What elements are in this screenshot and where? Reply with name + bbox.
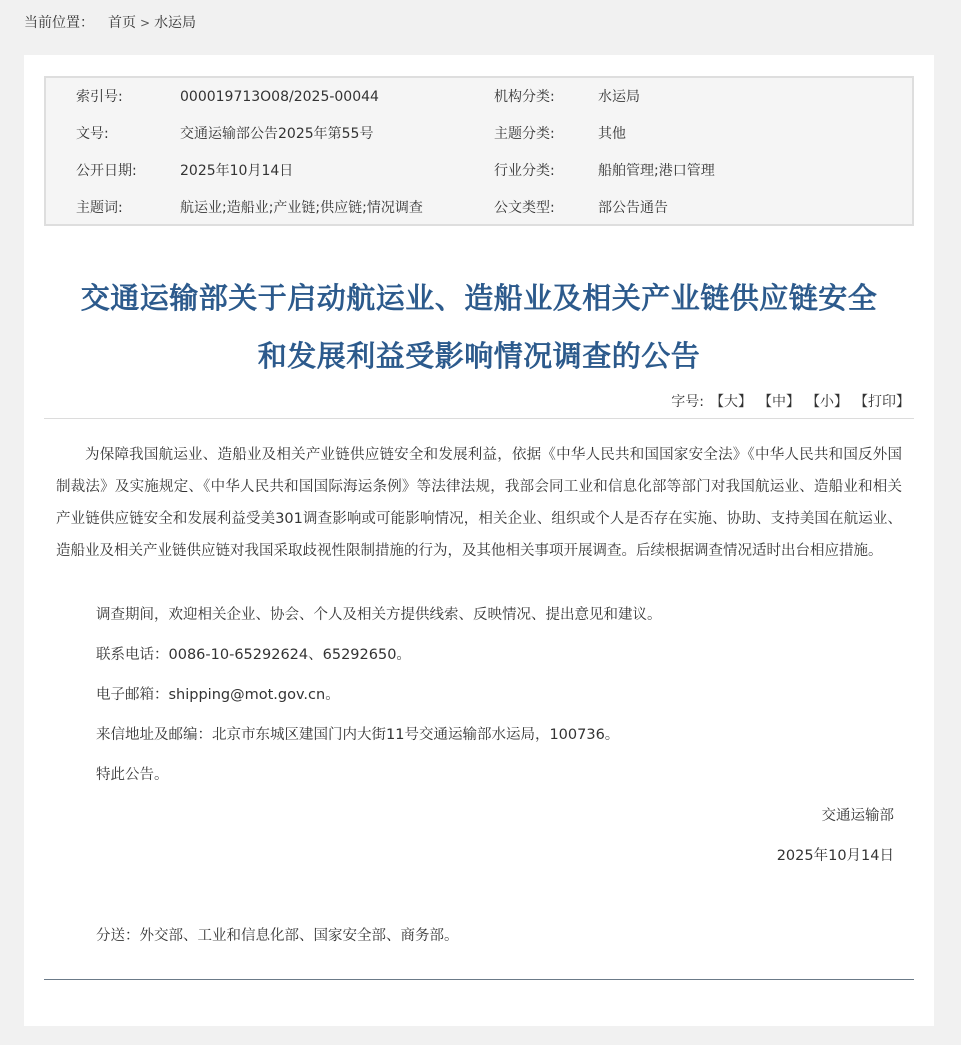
font-size-toolbar: 字号: 【大】 【中】 【小】 【打印】 (671, 392, 910, 412)
font-size-large-button[interactable]: 【大】 (710, 392, 752, 412)
breadcrumb-separator: > (140, 12, 150, 34)
font-size-medium-button[interactable]: 【中】 (758, 392, 800, 412)
font-size-small-button[interactable]: 【小】 (806, 392, 848, 412)
meta-value-agency: 水运局 (598, 85, 640, 109)
breadcrumb: 当前位置： 首页 > 水运局 (24, 12, 196, 34)
meta-value-doc-type: 部公告通告 (598, 196, 668, 220)
metadata-row: 主题词: 航运业;造船业;产业链;供应链;情况调查 公文类型: 部公告通告 (46, 196, 912, 220)
meta-label-agency: 机构分类: (494, 85, 555, 109)
meta-value-topic: 其他 (598, 122, 626, 146)
meta-value-keywords: 航运业;造船业;产业链;供应链;情况调查 (180, 196, 423, 220)
metadata-row: 公开日期: 2025年10月14日 行业分类: 船舶管理;港口管理 (46, 159, 912, 183)
font-size-label: 字号: (671, 392, 704, 412)
article-title-line2: 和发展利益受影响情况调查的公告 (24, 331, 934, 381)
metadata-box: 索引号: 000019713O08/2025-00044 机构分类: 水运局 文… (44, 76, 914, 226)
contact-address: 来信地址及邮编：北京市东城区建国门内大街11号交通运输部水运局，100736。 (96, 725, 619, 745)
metadata-row: 文号: 交通运输部公告2025年第55号 主题分类: 其他 (46, 122, 912, 146)
meta-value-industry: 船舶管理;港口管理 (598, 159, 715, 183)
article-title: 交通运输部关于启动航运业、造船业及相关产业链供应链安全 和发展利益受影响情况调查… (24, 273, 934, 381)
meta-label-keywords: 主题词: (76, 196, 123, 220)
meta-label-topic: 主题分类: (494, 122, 555, 146)
article-title-line1: 交通运输部关于启动航运业、造船业及相关产业链供应链安全 (24, 273, 934, 323)
contact-phone: 联系电话：0086-10-65292624、65292650。 (96, 645, 411, 665)
meta-label-publish-date: 公开日期: (76, 159, 137, 183)
meta-label-doc-number: 文号: (76, 122, 109, 146)
meta-value-publish-date: 2025年10月14日 (180, 159, 293, 183)
paragraph-main: 为保障我国航运业、造船业及相关产业链供应链安全和发展利益，依据《中华人民共和国国… (56, 439, 902, 567)
meta-label-doc-type: 公文类型: (494, 196, 555, 220)
print-button[interactable]: 【打印】 (854, 392, 910, 412)
signature-date: 2025年10月14日 (777, 846, 894, 866)
paragraph-invitation: 调查期间，欢迎相关企业、协会、个人及相关方提供线索、反映情况、提出意见和建议。 (96, 605, 662, 625)
meta-value-doc-number: 交通运输部公告2025年第55号 (180, 122, 373, 146)
content-panel: 索引号: 000019713O08/2025-00044 机构分类: 水运局 文… (24, 55, 934, 1026)
meta-label-industry: 行业分类: (494, 159, 555, 183)
closing-statement: 特此公告。 (96, 765, 169, 785)
breadcrumb-shuiyunju-link[interactable]: 水运局 (154, 12, 196, 34)
distribution-list: 分送：外交部、工业和信息化部、国家安全部、商务部。 (96, 926, 459, 946)
breadcrumb-home-link[interactable]: 首页 (108, 12, 136, 34)
meta-label-index: 索引号: (76, 85, 123, 109)
contact-email[interactable]: 电子邮箱：shipping@mot.gov.cn。 (96, 685, 340, 705)
meta-value-index: 000019713O08/2025-00044 (180, 85, 379, 109)
metadata-row: 索引号: 000019713O08/2025-00044 机构分类: 水运局 (46, 85, 912, 109)
footer-divider (44, 979, 914, 980)
title-divider (44, 418, 914, 419)
breadcrumb-label: 当前位置： (24, 12, 94, 34)
article-body: 为保障我国航运业、造船业及相关产业链供应链安全和发展利益，依据《中华人民共和国国… (56, 439, 902, 567)
signature-org: 交通运输部 (822, 806, 895, 826)
